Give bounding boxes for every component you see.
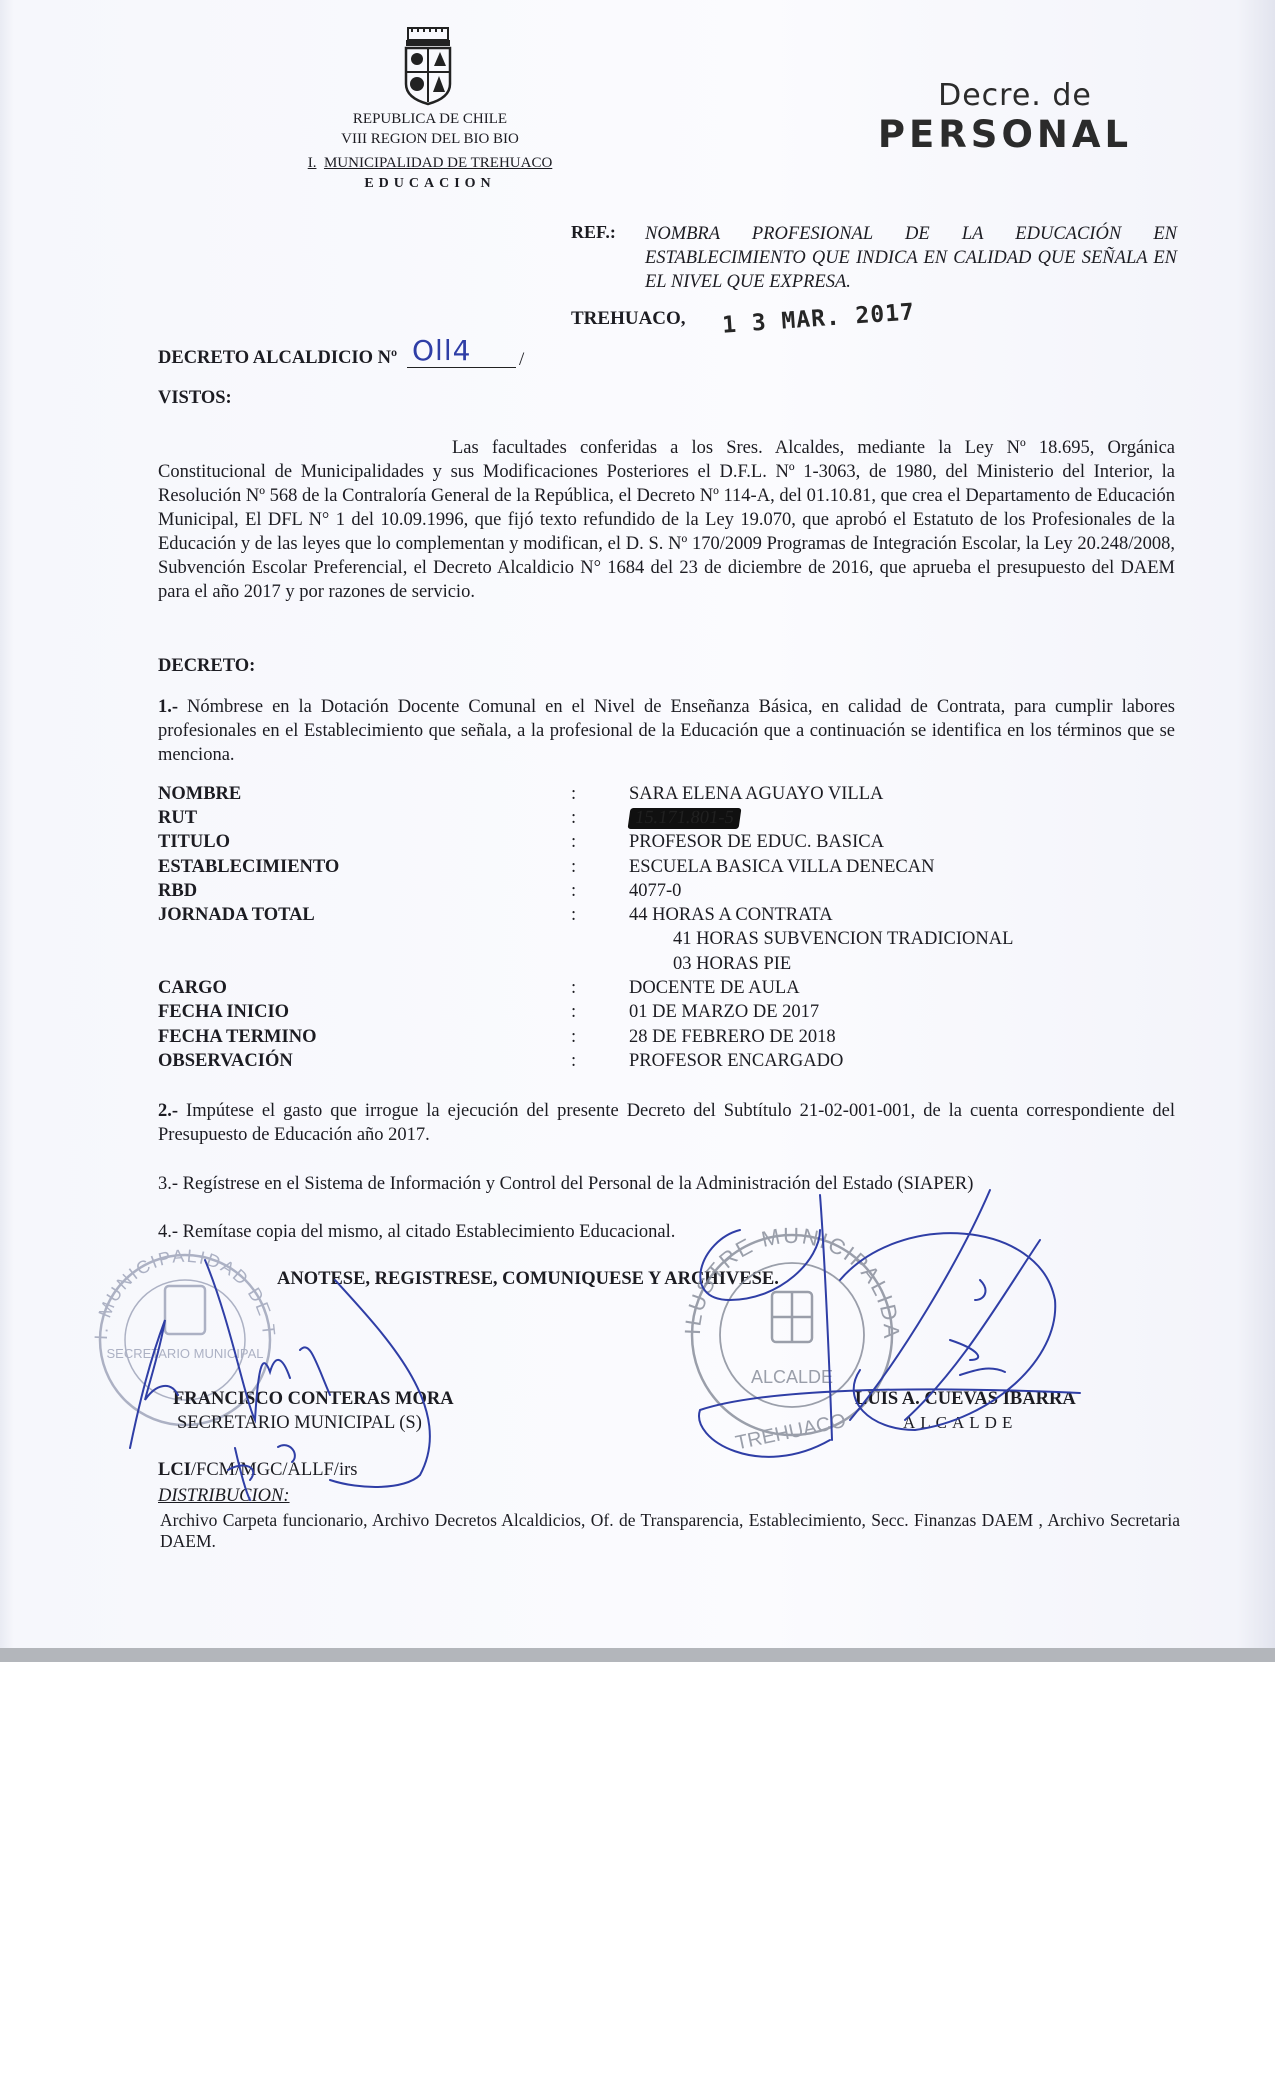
field-row-establecimiento: ESTABLECIMIENTO : ESCUELA BASICA VILLA D… — [158, 855, 1078, 879]
scanner-edge — [0, 1648, 1275, 1662]
field-label: ESTABLECIMIENTO — [158, 857, 571, 878]
municipality-prefix: I. — [308, 155, 317, 171]
field-value: 01 DE MARZO DE 2017 — [629, 1002, 1078, 1023]
article-2: 2.- Impútese el gasto que irrogue la eje… — [158, 1099, 1175, 1147]
header-municipality: I. MUNICIPALIDAD DE TREHUACO — [300, 155, 560, 172]
article-text: Remítase copia del mismo, al citado Esta… — [178, 1222, 675, 1242]
distribution-text: Archivo Carpeta funcionario, Archivo Dec… — [160, 1510, 1180, 1552]
decree-number-underline — [407, 367, 516, 368]
initials-bold: LCI — [158, 1460, 191, 1480]
article-number: 4.- — [158, 1222, 178, 1242]
field-colon: : — [571, 808, 629, 829]
field-value: DOCENTE DE AULA — [629, 978, 1078, 999]
scanned-document-page: REPUBLICA DE CHILE VIII REGION DEL BIO B… — [0, 0, 1275, 1648]
field-value: 28 DE FEBRERO DE 2018 — [629, 1027, 1078, 1048]
municipal-coat-of-arms-icon — [400, 26, 456, 106]
decree-number-label: DECRETO ALCALDICIO Nº — [158, 348, 397, 369]
field-label: CARGO — [158, 978, 571, 999]
header-department: EDUCACION — [300, 175, 560, 192]
field-value: SARA ELENA AGUAYO VILLA — [629, 784, 1078, 805]
field-value: 41 HORAS SUBVENCION TRADICIONAL — [629, 929, 1078, 950]
decree-number-handwritten: Oll4 — [412, 334, 471, 367]
header-country: REPUBLICA DE CHILE — [300, 111, 560, 128]
field-label: TITULO — [158, 832, 571, 853]
stamp-decreto-title: Decre. de — [905, 78, 1125, 113]
date-stamp: 1 3 MAR. 2017 — [721, 299, 915, 338]
field-colon: : — [571, 784, 629, 805]
article-text: Impútese el gasto que irrogue la ejecuci… — [158, 1101, 1175, 1145]
field-label: FECHA TERMINO — [158, 1027, 571, 1048]
field-colon: : — [571, 1027, 629, 1048]
field-value: 03 HORAS PIE — [629, 954, 1078, 975]
field-colon: : — [571, 832, 629, 853]
article-text: Nómbrese en la Dotación Docente Comunal … — [158, 697, 1175, 765]
stamp-left-center-text: SECRETARIO MUNICIPAL — [107, 1346, 264, 1361]
initials-rest: /FCM/MGC/ALLF/irs — [191, 1460, 358, 1480]
field-row-jornada: JORNADA TOTAL : 44 HORAS A CONTRATA — [158, 903, 1078, 927]
article-4: 4.- Remítase copia del mismo, al citado … — [158, 1220, 1175, 1244]
closing-formula: ANOTESE, REGISTRESE, COMUNIQUESE Y ARCHI… — [277, 1269, 779, 1290]
field-label: NOMBRE — [158, 784, 571, 805]
stamp-right-bottom-text: TREHUACO — [734, 1410, 848, 1455]
vistos-heading: VISTOS: — [158, 388, 232, 409]
distribution-heading: DISTRIBUCION: — [158, 1486, 290, 1507]
article-text: Regístrese en el Sistema de Información … — [178, 1174, 973, 1194]
field-label: OBSERVACIÓN — [158, 1051, 571, 1072]
field-value: 15.171.801-5 — [629, 808, 1078, 829]
field-colon: : — [571, 905, 629, 926]
article-1: 1.- Nómbrese en la Dotación Docente Comu… — [158, 695, 1175, 767]
article-number: 1.- — [158, 697, 178, 717]
field-value: PROFESOR DE EDUC. BASICA — [629, 832, 1078, 853]
field-value: 44 HORAS A CONTRATA — [629, 905, 1078, 926]
field-colon: : — [571, 1051, 629, 1072]
field-label: RUT — [158, 808, 571, 829]
mayor-name: LUIS A. CUEVAS IBARRA — [855, 1389, 1076, 1410]
secretary-name: FRANCISCO CONTERAS MORA — [173, 1389, 454, 1410]
field-value: PROFESOR ENCARGADO — [629, 1051, 1078, 1072]
field-colon: : — [571, 857, 629, 878]
decree-number-suffix: / — [519, 349, 524, 371]
field-row-rbd: RBD : 4077-0 — [158, 879, 1078, 903]
article-number: 3.- — [158, 1174, 178, 1194]
field-label: RBD — [158, 881, 571, 902]
header-region: VIII REGION DEL BIO BIO — [300, 131, 560, 148]
secretary-signature-icon — [130, 1260, 430, 1487]
field-row-cargo: CARGO : DOCENTE DE AULA — [158, 976, 1078, 1000]
field-row-observacion: OBSERVACIÓN : PROFESOR ENCARGADO — [158, 1049, 1078, 1073]
place: TREHUACO, — [571, 308, 686, 330]
field-row-fecha-inicio: FECHA INICIO : 01 DE MARZO DE 2017 — [158, 1001, 1078, 1025]
decreto-heading: DECRETO: — [158, 656, 255, 677]
field-row-jornada-sub-1: 41 HORAS SUBVENCION TRADICIONAL — [158, 928, 1078, 952]
field-colon: : — [571, 1002, 629, 1023]
stamp-right-center-text: ALCALDE — [751, 1367, 833, 1387]
field-row-titulo: TITULO : PROFESOR DE EDUC. BASICA — [158, 831, 1078, 855]
field-row-jornada-sub-2: 03 HORAS PIE — [158, 952, 1078, 976]
field-row-nombre: NOMBRE : SARA ELENA AGUAYO VILLA — [158, 782, 1078, 806]
field-value: 4077-0 — [629, 881, 1078, 902]
field-value: ESCUELA BASICA VILLA DENECAN — [629, 857, 1078, 878]
field-row-fecha-termino: FECHA TERMINO : 28 DE FEBRERO DE 2018 — [158, 1025, 1078, 1049]
field-colon: : — [571, 978, 629, 999]
article-3: 3.- Regístrese en el Sistema de Informac… — [158, 1172, 1175, 1196]
field-label: FECHA INICIO — [158, 1002, 571, 1023]
municipality-name: MUNICIPALIDAD DE TREHUACO — [324, 155, 552, 171]
ref-text: NOMBRA PROFESIONAL DE LA EDUCACIÓN EN ES… — [645, 222, 1177, 294]
appointee-details: NOMBRE : SARA ELENA AGUAYO VILLA RUT : 1… — [158, 782, 1078, 1074]
secretary-role: SECRETARIO MUNICIPAL (S) — [177, 1413, 422, 1434]
vistos-text: Las facultades conferidas a los Sres. Al… — [158, 436, 1175, 604]
field-label: JORNADA TOTAL — [158, 905, 571, 926]
stamp-personal-title: PERSONAL — [860, 113, 1150, 156]
drafting-initials: LCI/FCM/MGC/ALLF/irs — [158, 1460, 357, 1481]
field-row-rut: RUT : 15.171.801-5 — [158, 806, 1078, 830]
redacted-rut: 15.171.801-5 — [628, 808, 742, 829]
article-number: 2.- — [158, 1101, 178, 1121]
field-colon: : — [571, 881, 629, 902]
mayor-role: ALCALDE — [903, 1413, 1017, 1433]
ref-label: REF.: — [571, 222, 616, 243]
